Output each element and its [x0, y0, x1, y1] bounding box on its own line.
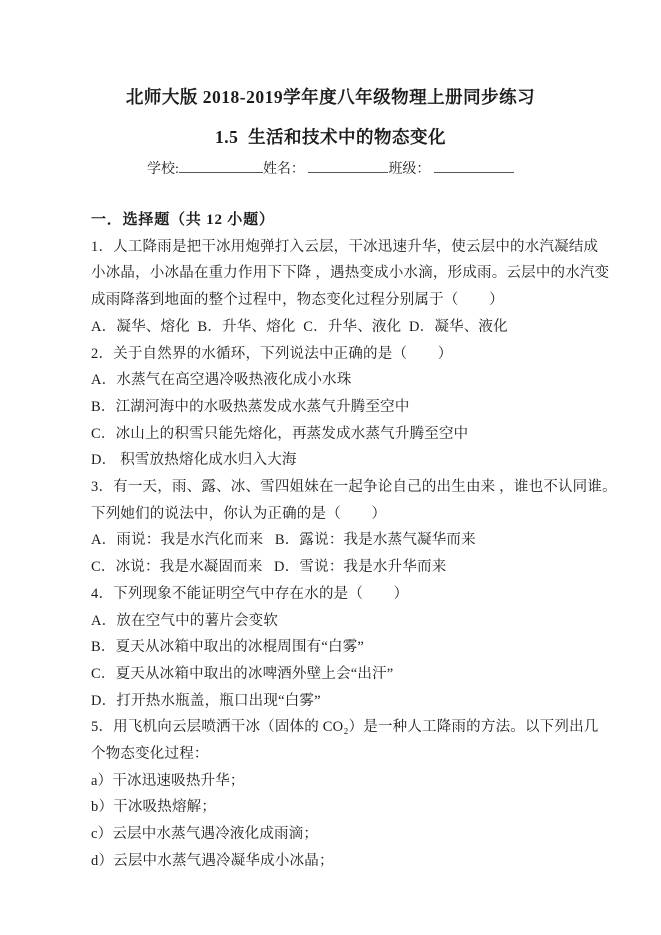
question-4-choice-d: D．打开热水瓶盖，瓶口出现“白雾”	[91, 688, 631, 715]
question-5-item-b: b）干冰吸热熔解；	[91, 794, 631, 821]
section-heading: 一．选择题（共 12 小题）	[91, 207, 631, 234]
student-info-line: 学校:姓名： 班级：	[0, 159, 661, 181]
document-subtitle: 1.5 生活和技术中的物态变化	[0, 124, 661, 149]
question-1-text-line3: 成雨降落到地面的整个过程中，物态变化过程分别属于（ ）	[91, 287, 631, 314]
school-blank-field	[179, 159, 263, 173]
name-label: 姓名：	[263, 162, 309, 177]
question-1-text-line1: 1．人工降雨是把干冰用炮弹打入云层，干冰迅速升华，使云层中的水汽凝结成	[91, 234, 631, 261]
question-3-text-line2: 下列她们的说法中，你认为正确的是（ ）	[91, 501, 631, 528]
question-4-choice-c: C．夏天从冰箱中取出的冰啤酒外壁上会“出汗”	[91, 661, 631, 688]
worksheet-page: 北师大版 2018-2019学年度八年级物理上册同步练习 1.5 生活和技术中的…	[0, 0, 661, 935]
name-blank-field	[308, 159, 388, 173]
question-5-text-line2: 个物态变化过程：	[91, 741, 631, 768]
question-5-item-d: d）云层中水蒸气遇冷凝华成小冰晶；	[91, 848, 631, 875]
class-blank-field	[434, 159, 514, 173]
question-2-choice-c: C．冰山上的积雪只能先熔化，再蒸发成水蒸气升腾至空中	[91, 421, 631, 448]
question-5-text-line1: 5．用飞机向云层喷洒干冰（固体的 CO₂）是一种人工降雨的方法。以下列出几	[91, 714, 631, 741]
question-2-text: 2．关于自然界的水循环，下列说法中正确的是（ ）	[91, 341, 631, 368]
question-2-choice-a: A．水蒸气在高空遇冷吸热液化成小水珠	[91, 367, 631, 394]
question-1-text-line2: 小冰晶，小冰晶在重力作用下下降 ，遇热变成小水滴，形成雨。云层中的水汽变	[91, 260, 631, 287]
questions-section: 一．选择题（共 12 小题） 1．人工降雨是把干冰用炮弹打入云层，干冰迅速升华，…	[91, 207, 631, 875]
document-title: 北师大版 2018-2019学年度八年级物理上册同步练习	[0, 84, 661, 109]
question-3-choices-cd: C．冰说：我是水凝固而来 D．雪说：我是水升华而来	[91, 554, 631, 581]
question-1-choices: A．凝华、熔化 B．升华、熔化 C．升华、液化 D．凝华、液化	[91, 314, 631, 341]
question-4-choice-a: A．放在空气中的薯片会变软	[91, 608, 631, 635]
question-5-item-c: c）云层中水蒸气遇冷液化成雨滴；	[91, 821, 631, 848]
question-4-choice-b: B．夏天从冰箱中取出的冰棍周围有“白雾”	[91, 634, 631, 661]
question-2-choice-b: B．江湖河海中的水吸热蒸发成水蒸气升腾至空中	[91, 394, 631, 421]
question-5-item-a: a）干冰迅速吸热升华；	[91, 768, 631, 795]
school-label: 学校:	[147, 162, 179, 177]
question-2-choice-d: D． 积雪放热熔化成水归入大海	[91, 447, 631, 474]
question-3-choices-ab: A．雨说：我是水汽化而来 B．露说：我是水蒸气凝华而来	[91, 527, 631, 554]
question-4-text: 4．下列现象不能证明空气中存在水的是（ ）	[91, 581, 631, 608]
class-label: 班级：	[388, 162, 434, 177]
question-3-text-line1: 3．有一天，雨、露、冰、雪四姐妹在一起争论自己的出生由来 ，谁也不认同谁。	[91, 474, 631, 501]
